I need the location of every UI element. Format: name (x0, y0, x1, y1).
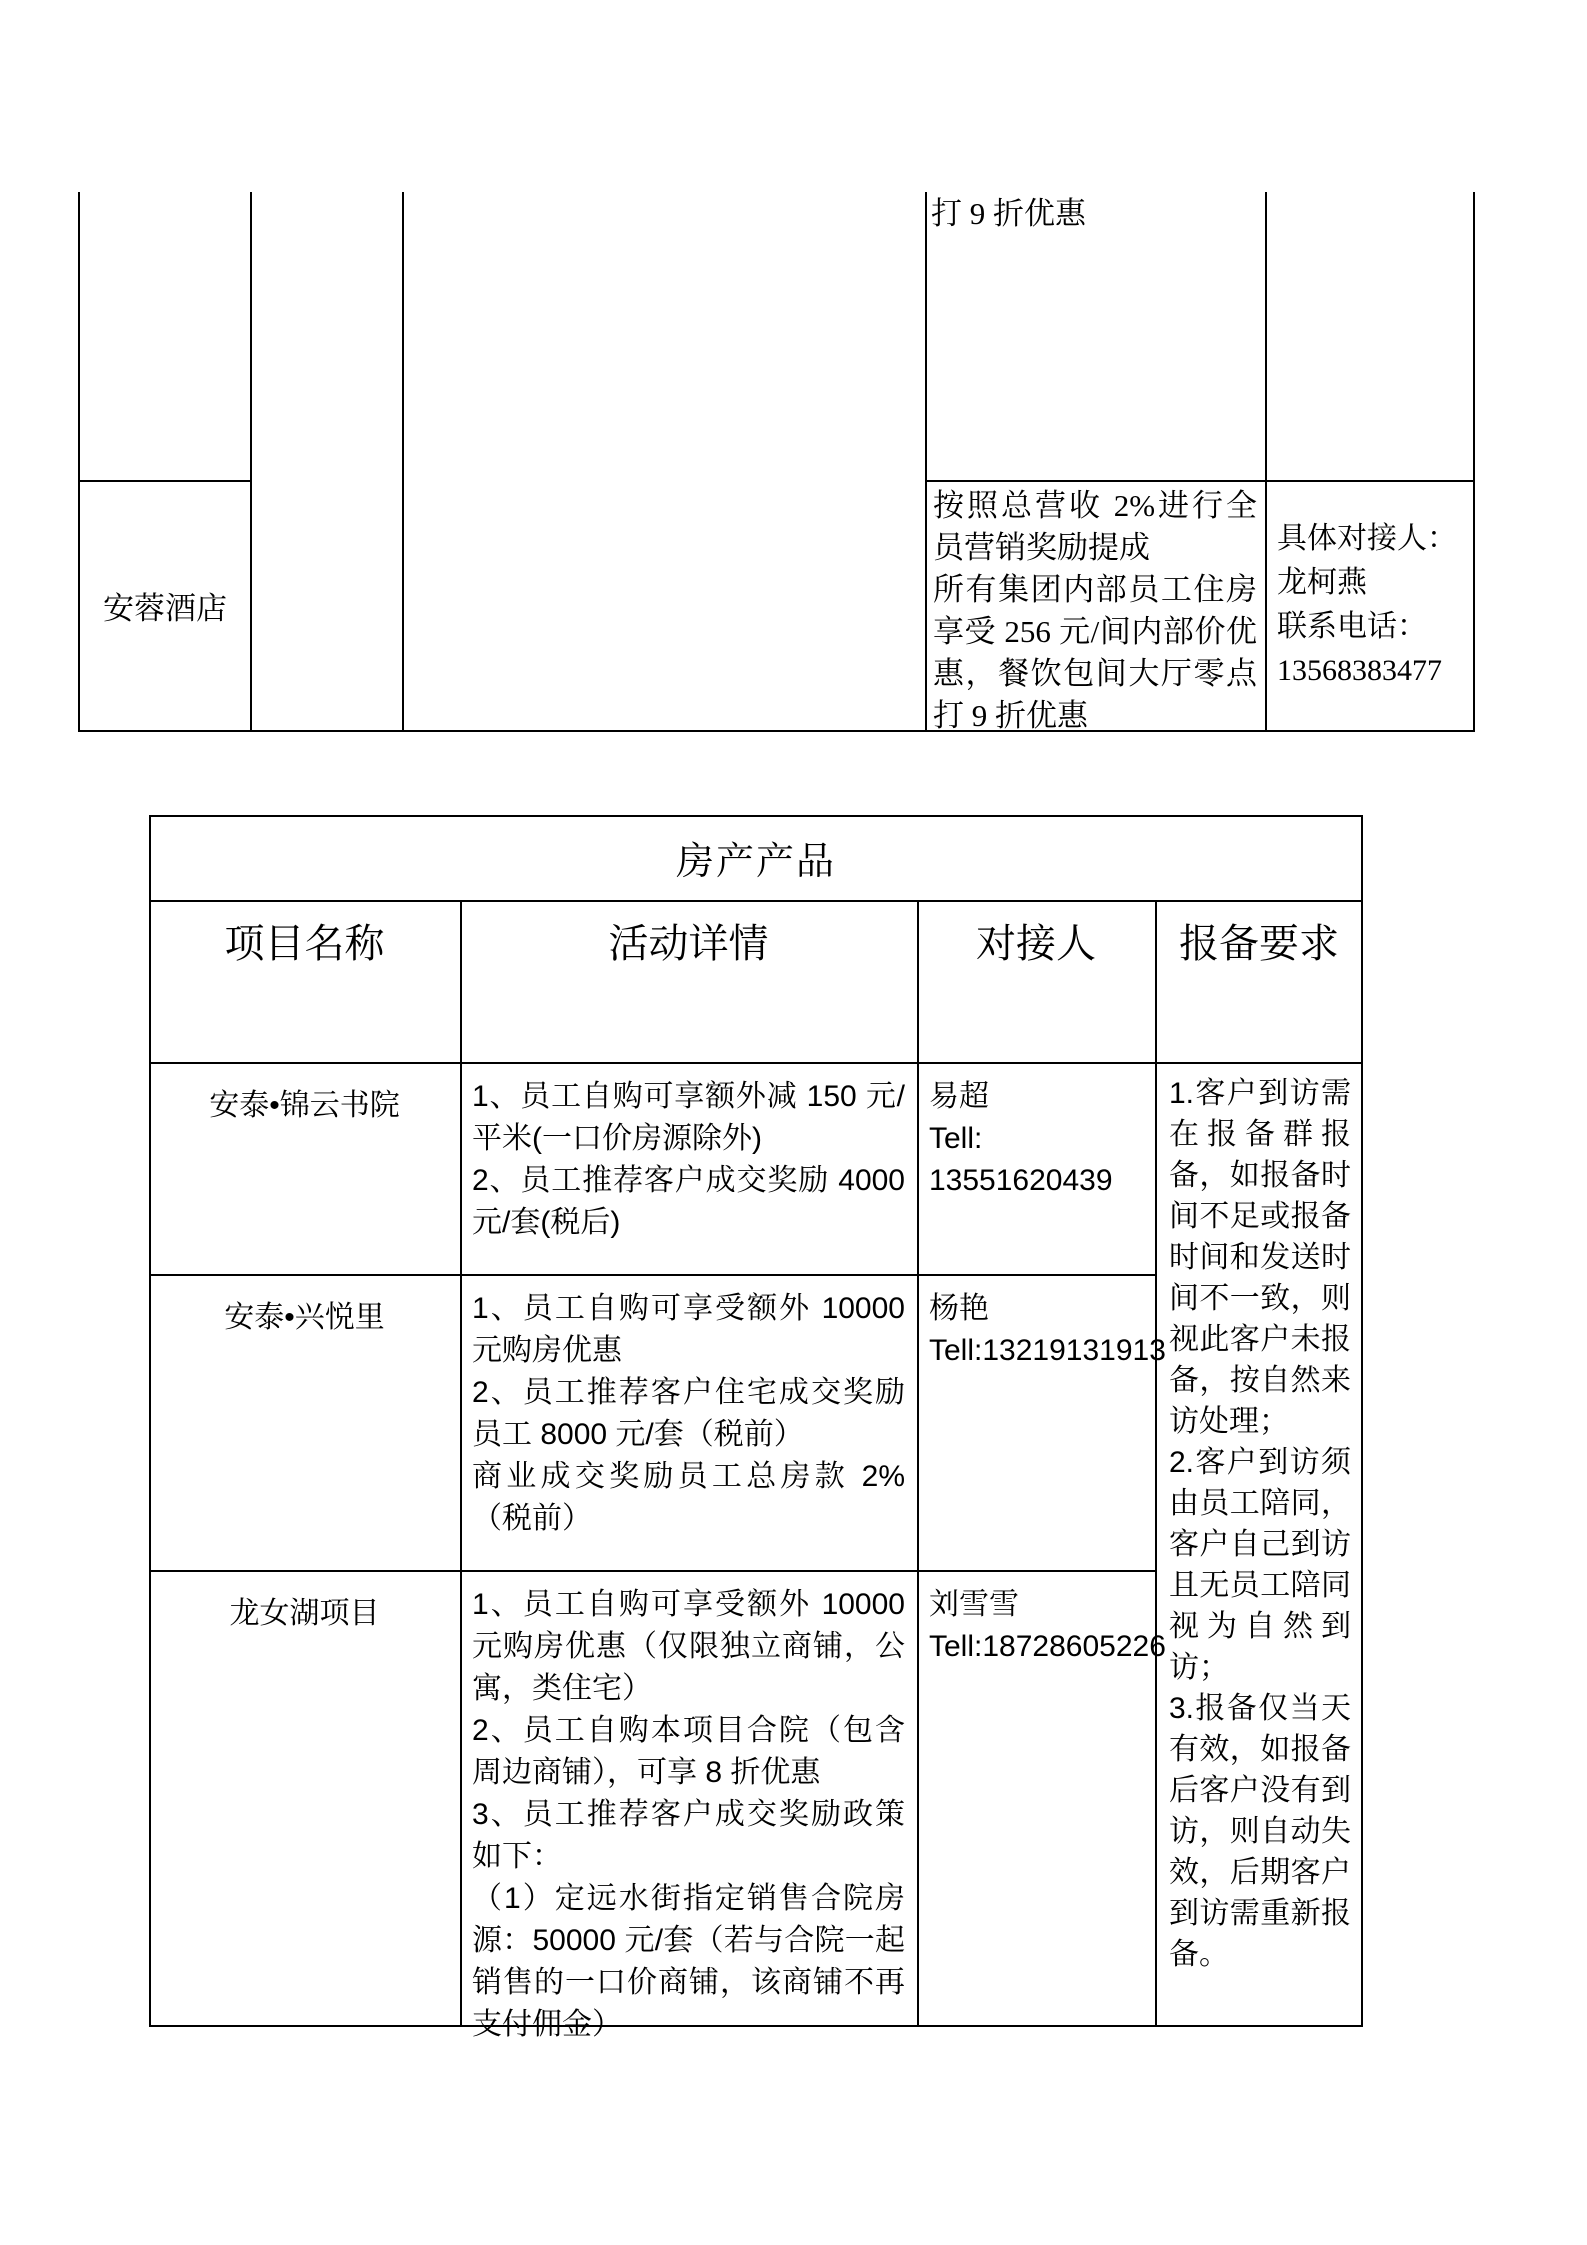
border-line (917, 900, 919, 2025)
document-page: 打 9 折优惠 安蓉酒店 按照总营收 2%进行全员营销奖励提成 所有集团内部员工… (0, 0, 1587, 2245)
border-line (1473, 192, 1475, 732)
property-table: 房产产品 项目名称 活动详情 对接人 报备要求 安泰•锦云书院 1、员工自购可享… (149, 815, 1363, 2027)
project-details: 1、员工自购可享额外减 150 元/平米(一口价房源除外) 2、员工推荐客户成交… (472, 1076, 905, 1244)
hotel-contact-cell: 具体对接人： 龙柯燕 联系电话： 13568383477 (1277, 482, 1467, 728)
border-line (149, 815, 151, 2027)
header-activity-details: 活动详情 (460, 912, 917, 969)
hotel-contact-text: 具体对接人： 龙柯燕 联系电话： 13568383477 (1277, 517, 1457, 693)
project-name: 安泰•兴悦里 (149, 1297, 460, 1339)
property-table-title: 房产产品 (149, 815, 1363, 899)
border-line (1155, 900, 1157, 2025)
property-table-title-text: 房产产品 (676, 830, 836, 885)
project-name: 安泰•锦云书院 (149, 1085, 460, 1127)
header-report-requirements: 报备要求 (1155, 912, 1363, 969)
hotel-discount-tail-text: 打 9 折优惠 (931, 193, 1266, 235)
hotel-name: 安蓉酒店 (103, 583, 227, 628)
project-contact: 杨艳 Tell:13219131913 (929, 1288, 1145, 1372)
project-details: 1、员工自购可享受额外 10000 元购房优惠 2、员工推荐客户住宅成交奖励员工… (472, 1288, 905, 1540)
border-line (402, 192, 404, 732)
header-project-name: 项目名称 (149, 912, 460, 969)
border-line (925, 192, 927, 732)
border-line (1361, 815, 1363, 2027)
report-requirements-cell: 1.客户到访需在报备群报备，如报备时间不足或报备时间和发送时间不一致，则视此客户… (1169, 1073, 1351, 1975)
border-line (250, 192, 252, 732)
header-contact-person: 对接人 (917, 912, 1155, 969)
border-line (460, 900, 462, 2025)
border-line (78, 730, 1475, 732)
continuation-table: 打 9 折优惠 安蓉酒店 按照总营收 2%进行全员营销奖励提成 所有集团内部员工… (78, 192, 1475, 732)
project-contact: 易超 Tell: 13551620439 (929, 1076, 1145, 1202)
border-line (149, 1274, 1157, 1276)
border-line (149, 1570, 1157, 1572)
hotel-name-cell: 安蓉酒店 (80, 482, 250, 728)
border-line (1265, 192, 1267, 732)
hotel-policy-cell: 按照总营收 2%进行全员营销奖励提成 所有集团内部员工住房享受 256 元/间内… (933, 485, 1257, 737)
project-details: 1、员工自购可享受额外 10000 元购房优惠（仅限独立商铺，公寓，类住宅） 2… (472, 1584, 905, 2046)
project-contact: 刘雪雪 Tell:18728605226 (929, 1584, 1145, 1668)
border-line (149, 1062, 1363, 1064)
border-line (149, 900, 1363, 902)
project-name: 龙女湖项目 (149, 1593, 460, 1635)
